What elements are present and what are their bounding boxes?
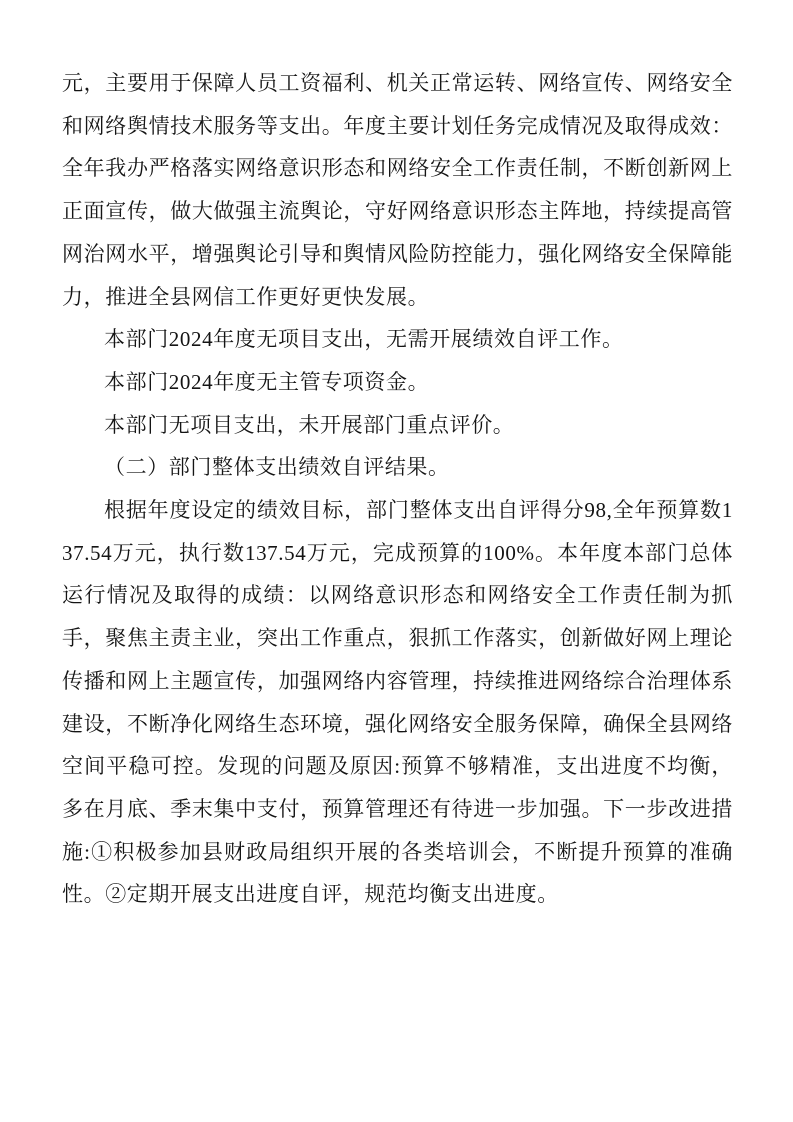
paragraph-no-project-expenditure: 本部门2024年度无项目支出，无需开展绩效自评工作。 <box>62 318 733 361</box>
document-body: 元，主要用于保障人员工资福利、机关正常运转、网络宣传、网络安全和网络舆情技术服务… <box>62 62 733 916</box>
document-page: 元，主要用于保障人员工资福利、机关正常运转、网络宣传、网络安全和网络舆情技术服务… <box>0 0 793 1122</box>
paragraph-no-key-evaluation: 本部门无项目支出，未开展部门重点评价。 <box>62 404 733 447</box>
paragraph-continuation: 元，主要用于保障人员工资福利、机关正常运转、网络宣传、网络安全和网络舆情技术服务… <box>62 62 733 318</box>
paragraph-self-evaluation-detail: 根据年度设定的绩效目标，部门整体支出自评得分98,全年预算数137.54万元，执… <box>62 489 733 916</box>
section-heading-self-evaluation-result: （二）部门整体支出绩效自评结果。 <box>62 446 733 489</box>
paragraph-no-special-funds: 本部门2024年度无主管专项资金。 <box>62 361 733 404</box>
